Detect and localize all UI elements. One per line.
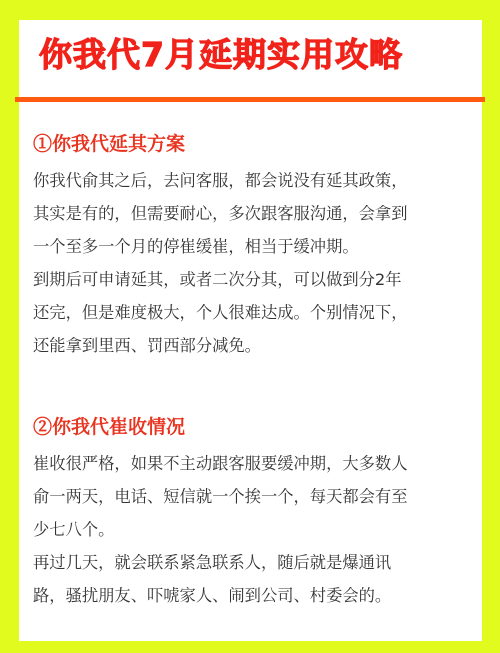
section-heading: ①你我代延其方案 — [33, 130, 473, 158]
text-line: 俞一两天，电话、短信就一个挨一个，每天都会有至 — [33, 480, 473, 513]
section-heading: ②你我代崔收情况 — [33, 413, 473, 441]
text-line: 其实是有的，但需要耐心，多次跟客服沟通，会拿到 — [33, 197, 473, 230]
paragraph: 再过几天，就会联系紧急联系人，随后就是爆通讯 路，骚扰朋友、吓唬家人、闹到公司、… — [33, 546, 473, 612]
paragraph: 到期后可申请延其，或者二次分其，可以做到分2年 还完，但是难度极大，个人很难达成… — [33, 263, 473, 362]
title-divider — [15, 97, 485, 102]
text-line: 少七八个。 — [33, 513, 473, 546]
text-line: 到期后可申请延其，或者二次分其，可以做到分2年 — [33, 263, 473, 296]
text-line: 还完，但是难度极大，个人很难达成。个别情况下， — [33, 296, 473, 329]
section-collection-status: ②你我代崔收情况 崔收很严格，如果不主动跟客服要缓冲期，大多数人 俞一两天，电话… — [33, 413, 473, 612]
page-title: 你我代7月延期实用攻略 — [39, 32, 479, 78]
text-line: 你我代俞其之后，去问客服，都会说没有延其政策， — [33, 164, 473, 197]
text-line: 路，骚扰朋友、吓唬家人、闹到公司、村委会的。 — [33, 579, 473, 612]
paragraph: 崔收很严格，如果不主动跟客服要缓冲期，大多数人 俞一两天，电话、短信就一个挨一个… — [33, 447, 473, 546]
text-line: 再过几天，就会联系紧急联系人，随后就是爆通讯 — [33, 546, 473, 579]
text-line: 还能拿到里西、罚西部分减免。 — [33, 329, 473, 362]
text-line: 一个至多一个月的停崔缓崔，相当于缓冲期。 — [33, 230, 473, 263]
paragraph: 你我代俞其之后，去问客服，都会说没有延其政策， 其实是有的，但需要耐心，多次跟客… — [33, 164, 473, 263]
text-line: 崔收很严格，如果不主动跟客服要缓冲期，大多数人 — [33, 447, 473, 480]
section-extension-plan: ①你我代延其方案 你我代俞其之后，去问客服，都会说没有延其政策， 其实是有的，但… — [33, 130, 473, 362]
